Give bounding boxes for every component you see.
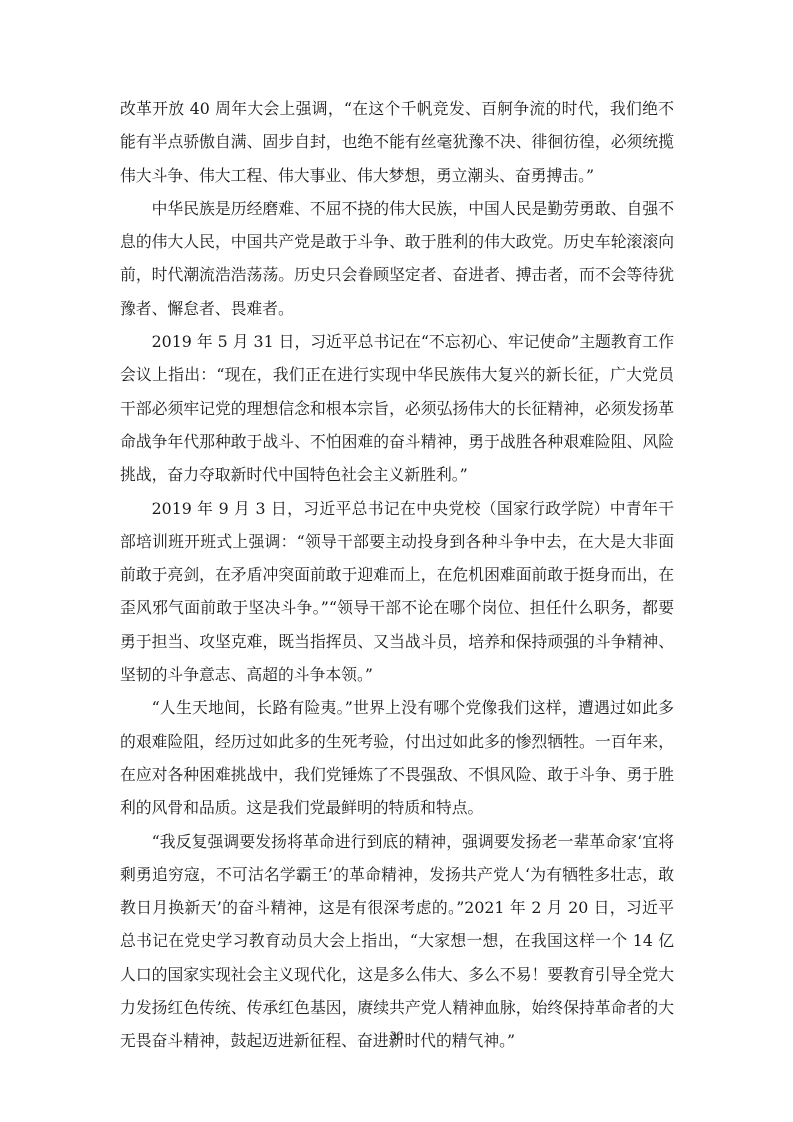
paragraph-6: “我反复强调要发扬将革命进行到底的精神，强调要发扬老一辈革命家‘宜将剩勇追穷寇，… [120,825,674,1058]
paragraph-2: 中华民族是历经磨难、不屈不挠的伟大民族，中国人民是勤劳勇敢、自强不息的伟大人民，… [120,192,674,325]
paragraph-4: 2019 年 9 月 3 日，习近平总书记在中央党校（国家行政学院）中青年干部培… [120,492,674,692]
document-body: 改革开放 40 周年大会上强调，“在这个千帆竞发、百舸争流的时代，我们绝不能有半… [120,92,674,1058]
paragraph-1: 改革开放 40 周年大会上强调，“在这个千帆竞发、百舸争流的时代，我们绝不能有半… [120,92,674,192]
page-number: 30 [0,1028,793,1044]
paragraph-5: “人生天地间，长路有险夷。”世界上没有哪个党像我们这样，遭遇过如此多的艰难险阻，… [120,691,674,824]
paragraph-3: 2019 年 5 月 31 日，习近平总书记在“不忘初心、牢记使命”主题教育工作… [120,325,674,491]
